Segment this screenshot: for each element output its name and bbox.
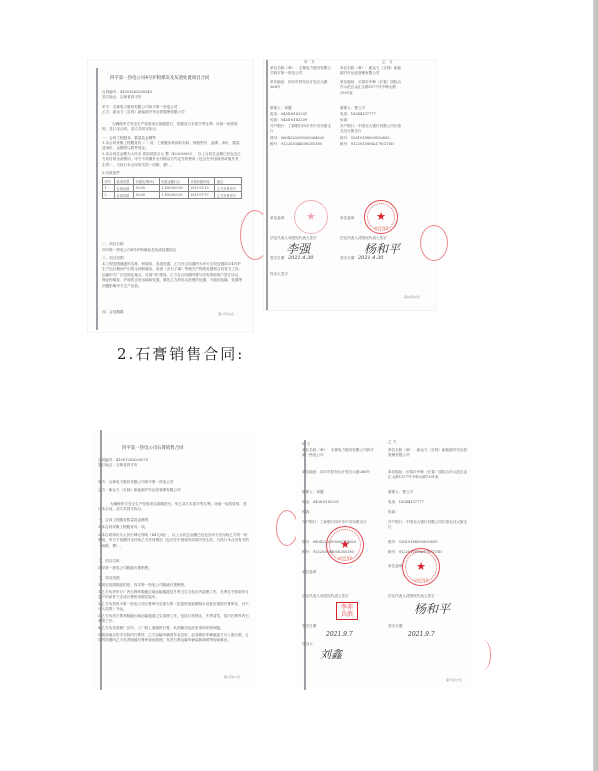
seal-edge-stamp bbox=[276, 510, 298, 546]
page-edge bbox=[593, 0, 598, 771]
party-b-heading: 乙 方 bbox=[382, 60, 393, 65]
page-number: 第1页共7页 bbox=[224, 675, 240, 679]
table-row: 2 合同价款 50.00 1,100,000.00 2021-07-17 乙方开… bbox=[103, 192, 242, 199]
contract1-scope: 本工程范围涵盖的名称、粉煤灰、灰渣处置。乙方在合同期内为甲方全权处置四平4号炉生… bbox=[102, 262, 244, 289]
sign-date-b: 签字日期 2021.4.30 bbox=[340, 256, 383, 261]
company-seal-a: ★ bbox=[294, 200, 328, 234]
sign-date-a: 签字日期 2021.4.30 bbox=[270, 256, 313, 261]
party-b-contact: 联系人：曹立平 bbox=[340, 106, 365, 111]
contract2-scope-line2: 2.乙方负责四平第一热电公司石膏库内全部石膏（包括机组检修脱水设备出现的石膏库存… bbox=[98, 602, 250, 613]
contract2-party-a: 甲方：吉林电力股份有限公司四平第一热电公司 bbox=[98, 480, 173, 485]
party-a-bank: 开户银行：工商银行四平市中央东路支行 bbox=[302, 520, 374, 525]
party-b-fax: 传真： bbox=[388, 510, 399, 515]
party-a-name: 单位名称（章）：吉林电力股份有限公司四平第一热电公司 bbox=[302, 448, 374, 459]
party-b-tax: 税号：91220100MA17WCY5D bbox=[340, 142, 394, 147]
party-b-address: 单位地址：长春市中韩（长春）国际合作示范区金汇大路1577号中韩大厦1301室 bbox=[340, 80, 404, 96]
contract1-title: 四平第一热电公司4号炉粉煤灰及灰渣处置项目合同 bbox=[110, 75, 209, 81]
party-a-phone: 电话：0434-6182201 bbox=[302, 500, 339, 505]
sign-date-label-b: 签字日期 bbox=[388, 624, 402, 629]
contract2-title: 四平第一热电公司石膏销售合同 bbox=[122, 445, 183, 451]
company-seal-b: ★合同专用章 bbox=[402, 548, 440, 586]
contract1-preamble: 为确保甲方安全生产经营项目如期进行，依据双方本着平等互利、协商一致的原则，签订本… bbox=[102, 122, 242, 133]
contract2-section2-title: 二、项目名称 bbox=[98, 559, 120, 564]
party-a-heading: 甲 方 bbox=[304, 60, 315, 65]
sign-date-b: 2021.9.7 bbox=[408, 631, 435, 638]
seal-label-b: 单位盖章 bbox=[340, 216, 354, 221]
binding-bar bbox=[266, 60, 268, 310]
seal-edge-stamp bbox=[476, 640, 491, 670]
star-icon: ★ bbox=[340, 539, 350, 550]
legal-rep-label-b: 法定代表人或授权代表人签字 bbox=[388, 594, 435, 599]
contract1-section3-title: 三、项目范围 bbox=[102, 256, 124, 261]
table-header-row: 序号 款项类型 付款比例(%) 付款金额(元) 计划付款时间 备注 bbox=[103, 178, 242, 185]
contract1-section4-title: 四、合同期限 bbox=[102, 310, 124, 315]
party-b-bank: 开户银行：中国光大银行有限公司长春光谷大街支行 bbox=[388, 520, 468, 531]
contract2-party-b: 乙方：新运力（吉林）新能源汽车运营管理有限公司 bbox=[98, 488, 181, 493]
party-b-heading: 乙 方 bbox=[388, 440, 396, 445]
contract1-project-name: 四平第一热电公司4号炉粉煤灰及灰渣处置项目 bbox=[102, 248, 176, 253]
binding-bar bbox=[304, 440, 306, 690]
contract2-preamble: 为确保甲方安全生产经营项目如期进行，甲乙双方本着平等互利、协商一致的原则，签订本… bbox=[98, 502, 248, 513]
sign-date-label-a: 签字日期 bbox=[302, 624, 316, 629]
legal-rep-label-a: 法定代表人或授权代表人签字 bbox=[302, 594, 349, 599]
star-icon: ★ bbox=[306, 211, 316, 222]
contract1-sign-place: 签订地点：吉林省四平市 bbox=[102, 95, 142, 100]
contract2-scope-line4: 4.乙方负责清理厂区内、入厂路上洒落的石膏，负责解决由此带来的环保问题。 bbox=[98, 626, 250, 631]
personal-square-seal: 李赤 兵滨 bbox=[336, 602, 358, 620]
agent-label: 经办人签字 bbox=[270, 272, 288, 277]
contract1-signature-page-scan: 甲 方 乙 方 单位名称（章）：吉林电力股份有限公司四平第一热电公司 单位地址：… bbox=[264, 60, 436, 310]
contract2-sign-place: 签订地点：吉林省四平市 bbox=[98, 463, 138, 468]
seal-label-a: 单位盖章 bbox=[302, 570, 316, 575]
party-a-fax: 传真： bbox=[302, 510, 313, 515]
company-seal-b: ★合同专用章 bbox=[364, 200, 398, 234]
contract2-scope-line3: 3.乙方负责石膏库脱硫区域运输通道卫生清理工作，包括日常保洁、冬季清雪、清扫石膏… bbox=[98, 614, 250, 625]
seal-edge-stamp bbox=[420, 225, 448, 261]
party-b-phone: 电话：18244197777 bbox=[340, 112, 376, 117]
party-b-account: 账号：52610188000050655 bbox=[388, 540, 438, 545]
party-b-contact: 联系人：曹立平 bbox=[388, 490, 413, 495]
contract2-section1-title: 一、合同工程服务数量及金额等 bbox=[98, 518, 148, 523]
contract2-project-name: 四平第一热电公司脱硫石膏销售。 bbox=[98, 566, 152, 571]
party-b-account: 账号：52610188000050655 bbox=[340, 136, 390, 141]
contract1-party-b: 乙方：新运力（吉林）新能源汽车运营管理有限公司 bbox=[102, 110, 185, 115]
contract1-page1-scan: 四平第一热电公司4号炉粉煤灰及灰渣处置项目合同 合同编号：41001262020… bbox=[88, 60, 253, 332]
contract2-scope-line1: 1.乙方负责甲方厂内石膏库脱硫区域运输通道及冬季卫生分担区内清理工作，冬季在不影… bbox=[98, 590, 250, 601]
party-b-fax: 传真： bbox=[340, 118, 351, 123]
party-b-name: 单位名称（章）：新运力（吉林）新能源汽车运营管理有限公司 bbox=[340, 66, 404, 77]
payment-table: 序号 款项类型 付款比例(%) 付款金额(元) 计划付款时间 备注 1 合同价款… bbox=[102, 177, 242, 199]
party-b-name: 单位名称（章）：新运力（吉林）新能源汽车运营管理有限公司 bbox=[388, 448, 468, 459]
contract2-section1-line1: 1.本合同采购工程服务具：项。 bbox=[98, 525, 148, 530]
star-icon: ★ bbox=[416, 561, 426, 572]
party-a-address: 单位地址：四平市铁东区开发区大路266号 bbox=[302, 470, 374, 475]
contract2-scope-line0: 本项目范围描述的是：四平第一热电公司脱硫石膏销售。 bbox=[98, 583, 188, 588]
binding-bar bbox=[96, 68, 98, 330]
party-a-bank: 开户银行：工商银行四平市中央东路支行 bbox=[270, 124, 334, 135]
contract1-section1-line3: 3.付款条件 bbox=[102, 171, 120, 176]
star-icon: ★ bbox=[376, 211, 386, 222]
seal-label-a: 单位盖章 bbox=[270, 216, 284, 221]
sign-date-a: 2021.9.7 bbox=[326, 631, 353, 638]
table-row: 1 合同价款 50.00 1,100,000.00 2021-05-15 乙方开… bbox=[103, 185, 242, 192]
contract2-signature-page-scan: 甲 方 乙 方 单位名称（章）：吉林电力股份有限公司四平第一热电公司 单位地址：… bbox=[296, 440, 472, 690]
seal-label-b: 单位盖章 bbox=[388, 564, 402, 569]
signature-b: 杨和平 bbox=[414, 600, 450, 617]
party-b-bank: 开户银行：中国光大银行有限公司长春光谷大街支行 bbox=[340, 124, 404, 135]
contract1-section1-line2: 2.本合同总金额为人民币 贰佰贰拾万元 整（¥2200000），以上合同总金额已… bbox=[102, 152, 242, 168]
contract1-section2-title: 二、项目名称 bbox=[102, 242, 124, 247]
party-a-account: 账号：0804220209000064620 bbox=[270, 136, 324, 141]
party-a-tax: 税号：912203044058285180 bbox=[270, 142, 322, 147]
contract1-section1-line1: 1.本合同采购工程服务有（ ）项，工程服务具体的名称、规格型号、品牌、单价、数量… bbox=[102, 141, 242, 152]
agent-label: 经办人： bbox=[302, 642, 316, 647]
party-a-phone: 电话：0434-6182201 bbox=[270, 112, 307, 117]
party-b-address: 单位地址：长春市中韩（长春）国际合作示范区金汇大路1577号中韩大厦1301室 bbox=[388, 470, 468, 481]
page-number: 第1页共4页 bbox=[218, 312, 234, 316]
party-a-contact: 联系人：刘鑫 bbox=[270, 106, 292, 111]
party-a-name: 单位名称（章）：吉林电力股份有限公司四平第一热电公司 bbox=[270, 66, 334, 77]
party-a-fax: 传真：0434-6182209 bbox=[270, 118, 307, 123]
contract2-section1-line2: 2.本合同单价为人民币肆元每吨（¥4元/吨），以上合同总金额已经包含甲方应付给乙… bbox=[98, 533, 250, 549]
party-a-address: 单位地址：四平市铁东区开发区大路266号 bbox=[270, 80, 334, 91]
party-a-heading: 甲 方 bbox=[302, 442, 310, 447]
page-number: 第4页共4页 bbox=[404, 295, 420, 299]
contract2-page1-scan: 四平第一热电公司石膏销售合同 合同编号：41001262020070 签订地点：… bbox=[92, 430, 256, 690]
page-number: 第7页共7页 bbox=[446, 678, 462, 682]
company-seal-a: ★合同专用章 bbox=[326, 526, 364, 564]
contract2-scope-line5: 5.服务地点在甲方院内石膏库，乙方运输车辆须车况良好，必须做好车辆遮盖方可上道行… bbox=[98, 633, 250, 644]
party-b-phone: 电话：18244197777 bbox=[388, 500, 424, 505]
section-heading: 2.石膏销售合同: bbox=[117, 343, 244, 364]
party-a-contact: 联系人：刘鑫 bbox=[302, 490, 324, 495]
agent-signature: 刘鑫 bbox=[320, 646, 342, 662]
contract2-section3-title: 三、项目范围 bbox=[98, 576, 120, 581]
